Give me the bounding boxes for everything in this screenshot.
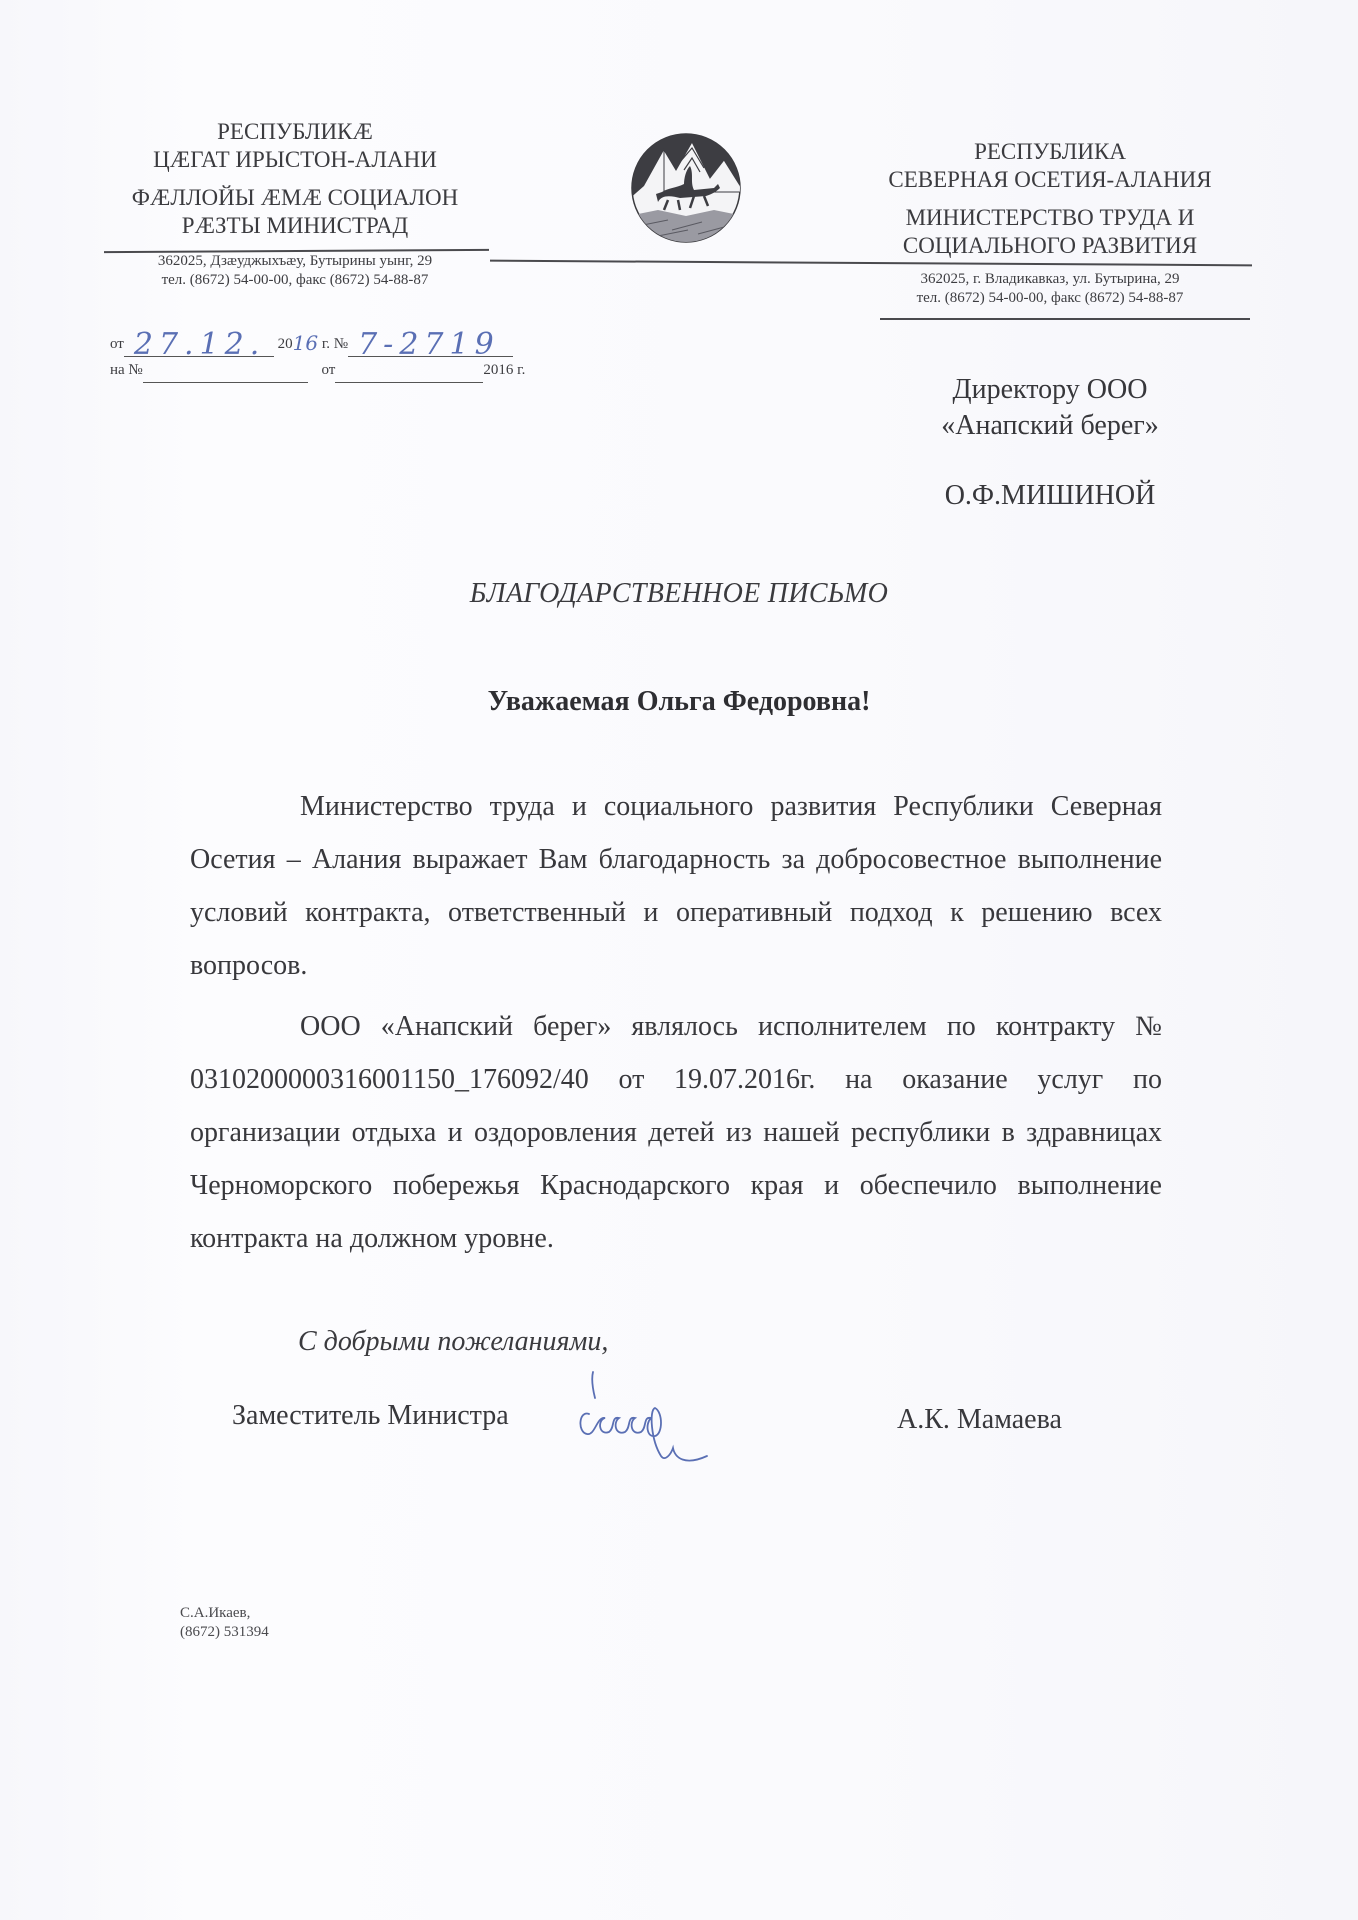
letterhead-left-line2: ЦӔГАТ ИРЫСТОН-АЛАНИ: [110, 146, 480, 174]
letterhead-left: РЕСПУБЛИКӔ ЦӔГАТ ИРЫСТОН-АЛАНИ ФӔЛЛОЙЫ Ӕ…: [110, 118, 480, 240]
letterhead-right-bottom-rule: [880, 318, 1250, 320]
ref-date-field: [335, 360, 483, 383]
reg-number-label: г. №: [322, 336, 348, 352]
ref-from-label: от: [322, 362, 336, 378]
ref-number-label: на №: [110, 362, 143, 378]
signatory-name: А.К. Мамаева: [897, 1404, 1062, 1436]
reg-date-field: 27.12.: [124, 334, 274, 357]
letterhead-left-line4: РӔЗТЫ МИНИСТРАД: [110, 212, 480, 240]
closing-phrase: С добрыми пожеланиями,: [298, 1326, 608, 1358]
executor-name: С.А.Икаев,: [180, 1604, 269, 1623]
signature-icon: [555, 1370, 755, 1470]
letterhead-right-address: 362025, г. Владикавказ, ул. Бутырина, 29: [880, 270, 1220, 289]
signatory-position: Заместитель Министра: [232, 1400, 509, 1432]
letter-page: РЕСПУБЛИКӔ ЦӔГАТ ИРЫСТОН-АЛАНИ ФӔЛЛОЙЫ Ӕ…: [0, 0, 1358, 1920]
reg-from-label: от: [110, 336, 124, 352]
letterhead-right-line3: МИНИСТЕРСТВО ТРУДА И: [870, 204, 1230, 232]
letterhead-right-line2: СЕВЕРНАЯ ОСЕТИЯ-АЛАНИЯ: [870, 166, 1230, 194]
paragraph-text: ООО «Анапский берег» являлось исполнител…: [190, 1000, 1162, 1265]
letterhead-left-phone: тел. (8672) 54-00-00, факс (8672) 54-88-…: [100, 271, 490, 290]
ref-number-field: [143, 360, 308, 383]
executor-phone: (8672) 531394: [180, 1623, 269, 1642]
letterhead-right-phone: тел. (8672) 54-00-00, факс (8672) 54-88-…: [880, 289, 1220, 308]
reg-year-prefix: 20: [278, 336, 293, 352]
reg-number-field: 7-2719: [348, 334, 513, 357]
coat-of-arms-icon: [628, 130, 744, 246]
document-title: БЛАГОДАРСТВЕННОЕ ПИСЬМО: [0, 578, 1358, 610]
reg-date-handwritten: 27.12.: [134, 332, 265, 358]
executor-block: С.А.Икаев, (8672) 531394: [180, 1604, 269, 1642]
letterhead-right-rule: [490, 260, 1252, 266]
body-paragraph-1: Министерство труда и социального развити…: [190, 780, 1162, 992]
letterhead-left-line1: РЕСПУБЛИКӔ: [110, 118, 480, 146]
paragraph-text: Министерство труда и социального развити…: [190, 780, 1162, 992]
reg-year-handwritten: 16: [293, 331, 318, 355]
recipient-line2: «Анапский берег»: [900, 408, 1200, 444]
letterhead-left-line3: ФӔЛЛОЙЫ ӔМӔ СОЦИАЛОН: [110, 184, 480, 212]
letterhead-left-contacts: 362025, Дзæуджыхъæу, Бутырины уынг, 29 т…: [100, 252, 490, 290]
letterhead-right: РЕСПУБЛИКА СЕВЕРНАЯ ОСЕТИЯ-АЛАНИЯ МИНИСТ…: [870, 138, 1230, 260]
letterhead-right-contacts: 362025, г. Владикавказ, ул. Бутырина, 29…: [880, 270, 1220, 308]
recipient-block: Директору ООО «Анапский берег» О.Ф.МИШИН…: [900, 372, 1200, 514]
letterhead-right-line1: РЕСПУБЛИКА: [870, 138, 1230, 166]
salutation: Уважаемая Ольга Федоровна!: [0, 686, 1358, 718]
letterhead-right-line4: СОЦИАЛЬНОГО РАЗВИТИЯ: [870, 232, 1230, 260]
recipient-name: О.Ф.МИШИНОЙ: [900, 478, 1200, 514]
registration-block: от27.12. 2016 г. №7-2719 на № от2016 г.: [110, 328, 525, 383]
letterhead-left-address: 362025, Дзæуджыхъæу, Бутырины уынг, 29: [100, 252, 490, 271]
reg-number-handwritten: 7-2719: [358, 332, 500, 358]
recipient-line1: Директору ООО: [900, 372, 1200, 408]
body-paragraph-2: ООО «Анапский берег» являлось исполнител…: [190, 1000, 1162, 1265]
ref-year: 2016 г.: [483, 362, 525, 378]
